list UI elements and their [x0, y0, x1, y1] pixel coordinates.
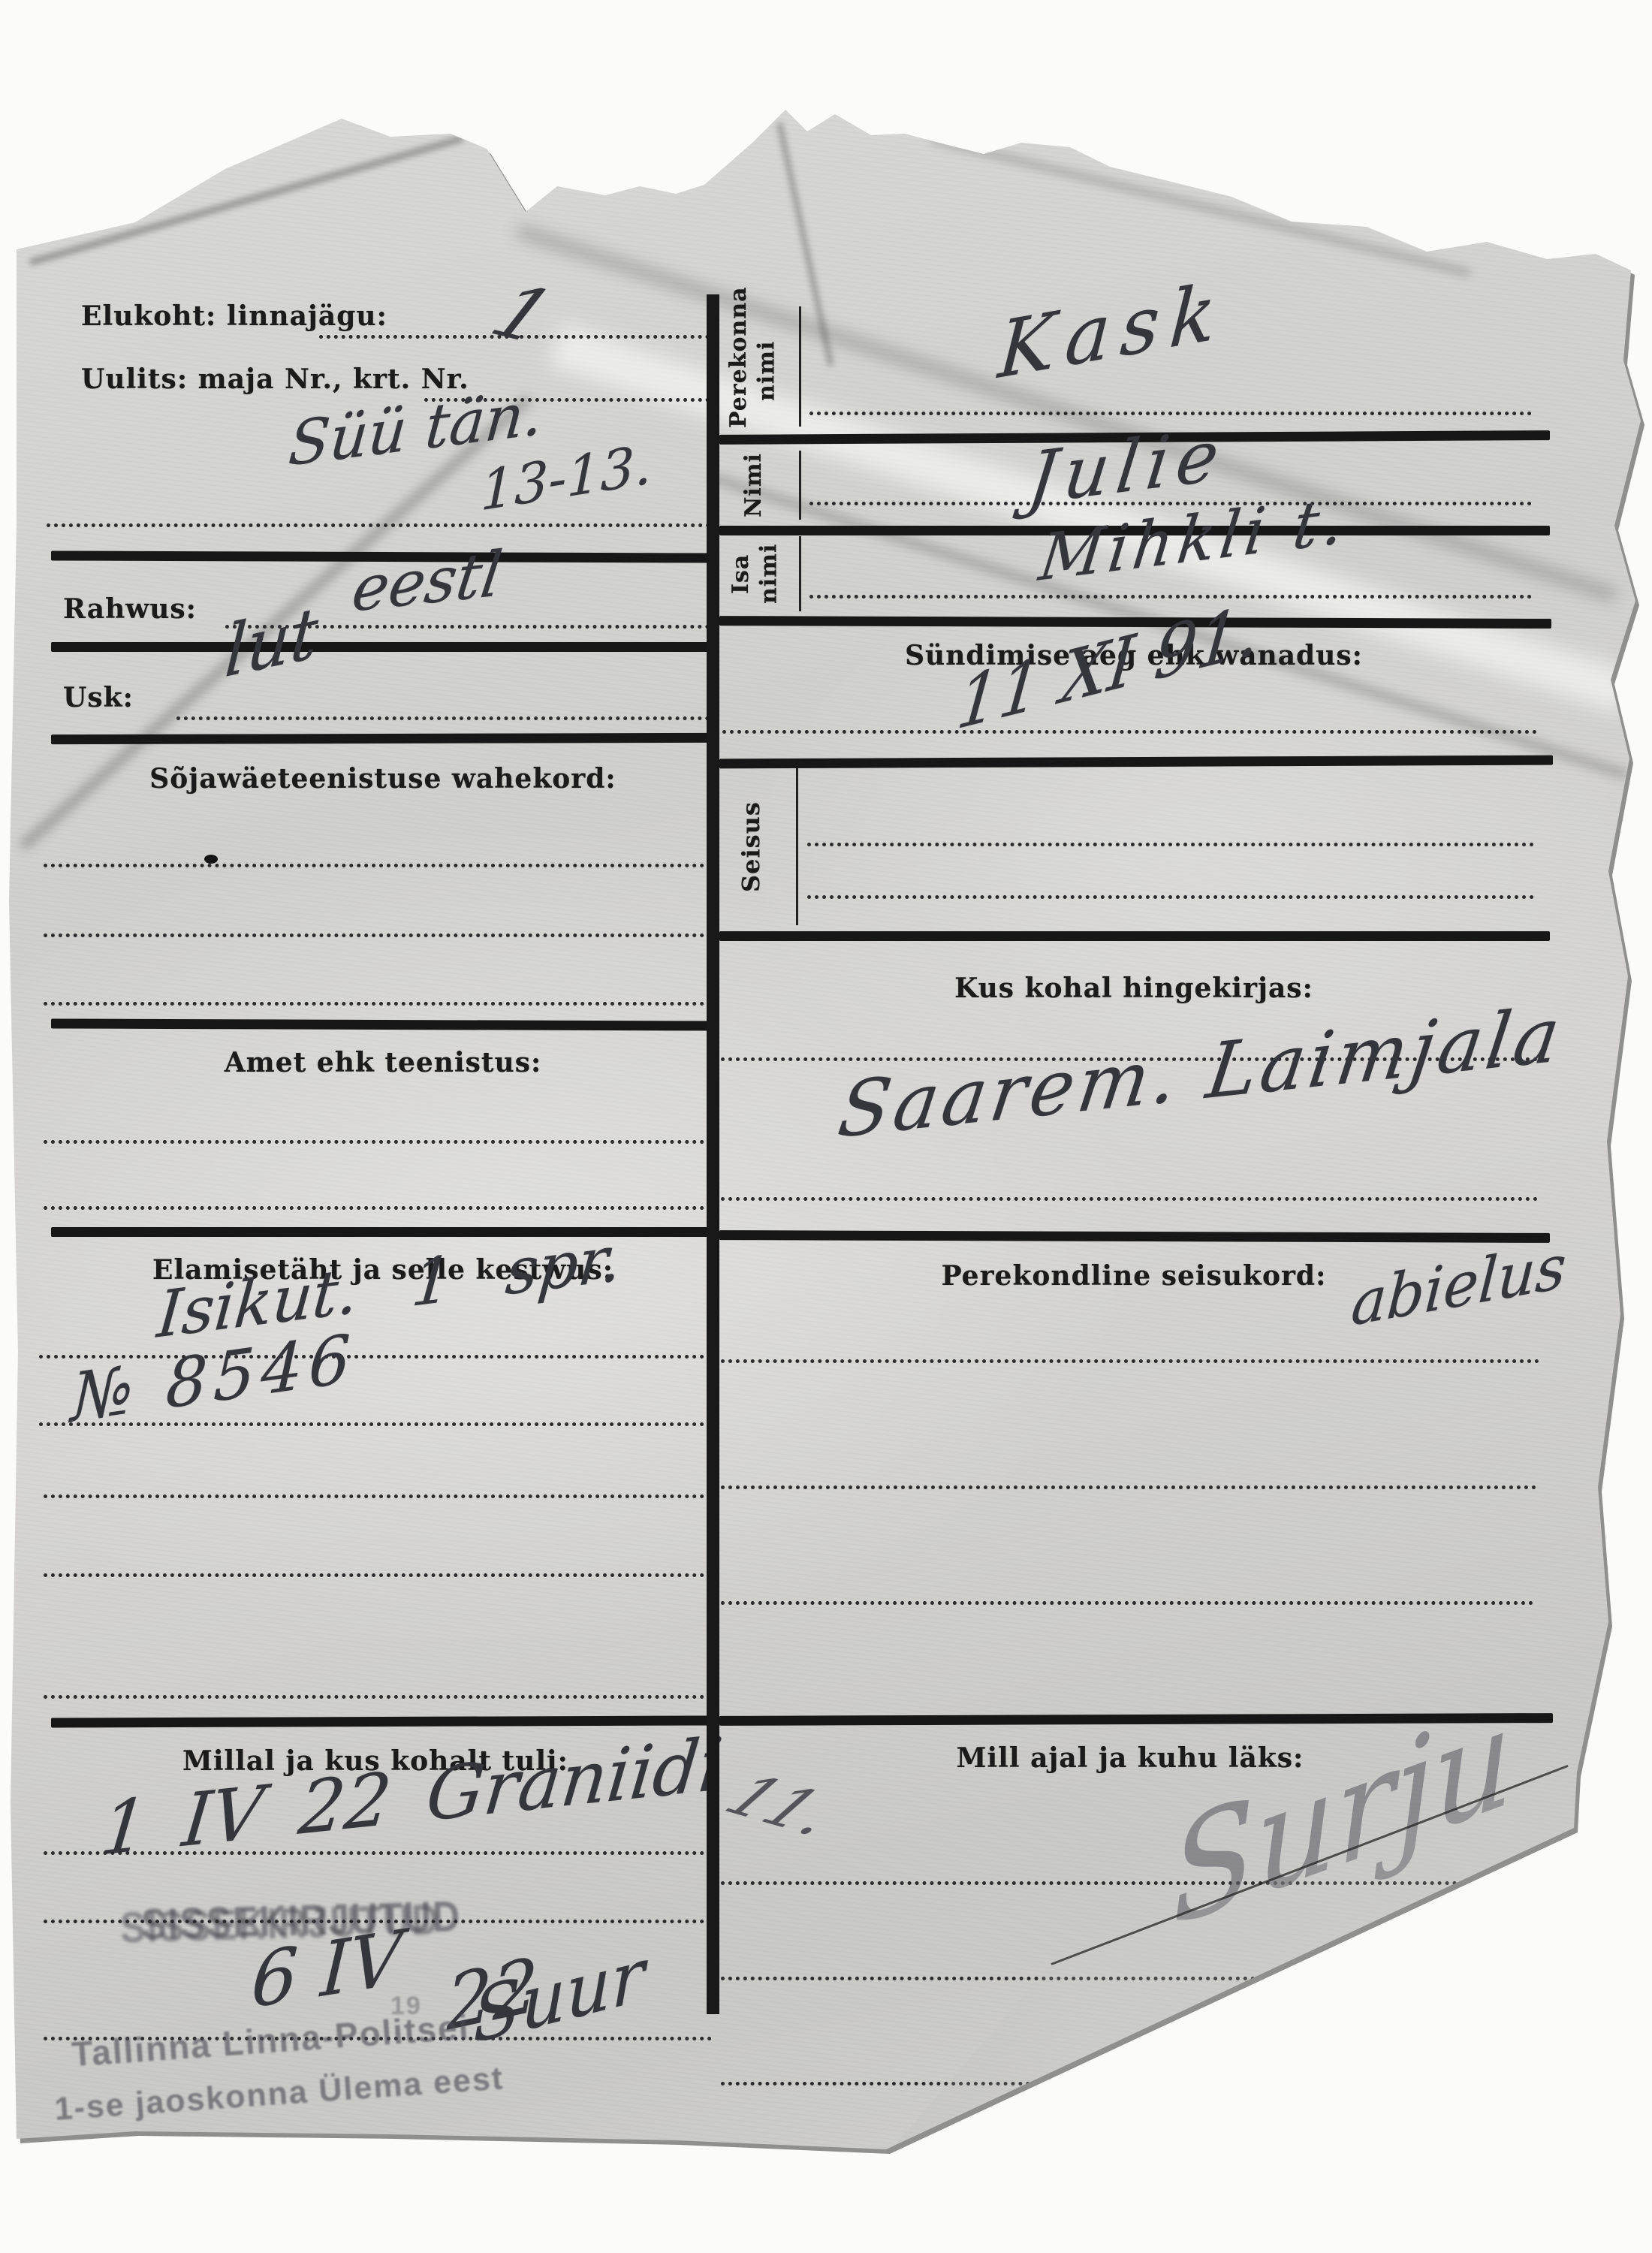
ruled-line [44, 933, 712, 937]
column-divider-line [707, 294, 719, 2014]
status-label-vertical: Seisus [736, 781, 787, 912]
ruled-line [44, 1851, 712, 1855]
ruled-line [44, 1206, 712, 1210]
ruled-line [44, 1695, 712, 1699]
crease-shadow [930, 135, 1471, 277]
section-rule [51, 733, 712, 744]
ruled-line [721, 1359, 1539, 1363]
section-rule [51, 642, 712, 652]
surname-value-handwritten: Kask [996, 265, 1229, 397]
ruled-line [44, 1494, 712, 1498]
nationality-value-handwritten: eestl [348, 538, 506, 626]
arrival-value-handwritten: 1 IV 22 Graniidi [97, 1721, 727, 1872]
ruled-line [44, 1573, 712, 1577]
military-service-label: Sõjawäeteenistuse wahekord: [53, 763, 713, 795]
ruled-line [47, 523, 710, 527]
ruled-line [721, 1601, 1533, 1605]
paper: Elukoht: linnajägu: 1 Uulits: maja Nr., … [0, 0, 1652, 2253]
ruled-line [721, 1485, 1536, 1489]
religion-label: Usk: [63, 682, 134, 713]
ruled-line [44, 864, 712, 867]
ruled-line [44, 1140, 712, 1144]
crease-shadow [29, 135, 464, 266]
permit-value-handwritten: Isikut. 1 spr. [155, 1220, 625, 1353]
ruled-line [44, 1002, 712, 1006]
ruled-line [39, 1422, 712, 1426]
street-house-label: Uulits: maja Nr., krt. Nr. [81, 363, 469, 395]
ruled-line [807, 895, 1534, 899]
ruled-line [809, 595, 1532, 599]
section-rule [719, 931, 1550, 941]
occupation-label: Amet ehk teenistus: [53, 1047, 713, 1078]
sub-divider-line [799, 451, 801, 520]
arrival-mark-handwritten: 11. [711, 1763, 852, 1848]
sub-divider-line [799, 536, 801, 611]
parish-register-value-handwritten: Saarem. Laimjala [834, 990, 1569, 1156]
ruled-line [807, 843, 1534, 846]
ruled-line [176, 716, 710, 720]
family-status-value-handwritten: abielus [1349, 1230, 1569, 1340]
sub-divider-line [799, 306, 801, 427]
ruled-line [721, 1197, 1538, 1201]
religion-value-handwritten: lut [222, 591, 321, 694]
father-name-label-vertical: Isa nimi [727, 533, 800, 614]
section-rule [719, 756, 1553, 769]
scanned-registration-card: Elukoht: linnajägu: 1 Uulits: maja Nr., … [0, 0, 1652, 2253]
sub-divider-line [796, 768, 798, 925]
name-label-vertical: Nimi [740, 449, 785, 521]
surname-label-vertical: Perekonna nimi [725, 314, 801, 428]
section-rule [51, 1715, 715, 1727]
parish-register-label: Kus kohal hingekirjas: [725, 973, 1543, 1004]
district-value-handwritten: 1 [478, 268, 567, 360]
residence-district-label: Elukoht: linnajägu: [81, 300, 387, 332]
ink-blot [204, 855, 218, 864]
ruled-line [809, 412, 1532, 415]
nationality-label: Rahwus: [63, 593, 197, 625]
section-rule [719, 1230, 1550, 1243]
section-rule [51, 1018, 715, 1030]
ruled-line [722, 730, 1537, 734]
